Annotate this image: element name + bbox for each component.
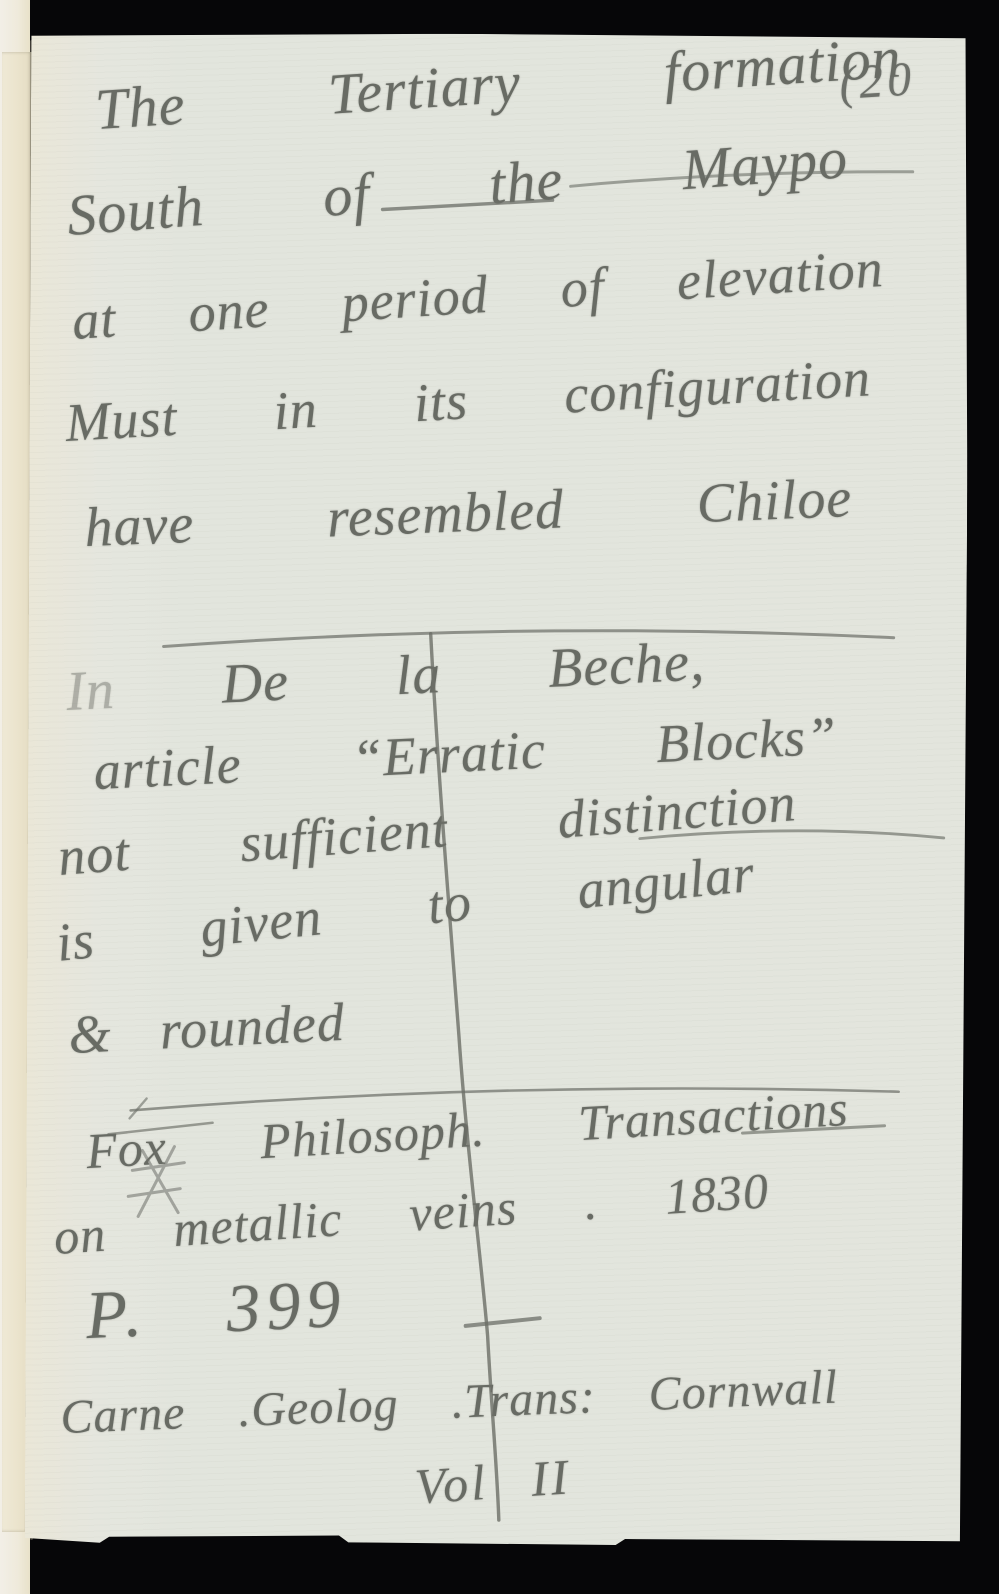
scanner-background: { "page": { "page_number": "(20", "lines… (0, 0, 999, 1594)
line-text: De la Beche, (220, 630, 706, 715)
handwritten-line: Carne .Geolog .Trans: Cornwall (59, 1360, 839, 1446)
handwritten-line: P. 399 (84, 1264, 348, 1355)
handwritten-line: on metallic veins . 1830 (52, 1161, 771, 1266)
handwritten-line: Must in its configuration (64, 346, 873, 454)
notebook-page: (20 The Tertiary formation South of the … (25, 32, 970, 1548)
section-divider-rule-hook (130, 1098, 147, 1118)
handwritten-line: Vol II (413, 1447, 572, 1515)
handwritten-line: & rounded (67, 991, 346, 1066)
faint-word: In (65, 659, 117, 723)
handwritten-line: South of the Maypo (65, 124, 850, 249)
handwritten-line: In De la Beche, (65, 629, 707, 724)
handwritten-line: have resembled Chiloe (83, 466, 853, 560)
handwritten-line: at one period of elevation (70, 237, 885, 352)
dash-after-399 (466, 1318, 540, 1326)
handwritten-line: The Tertiary formation (93, 23, 903, 143)
